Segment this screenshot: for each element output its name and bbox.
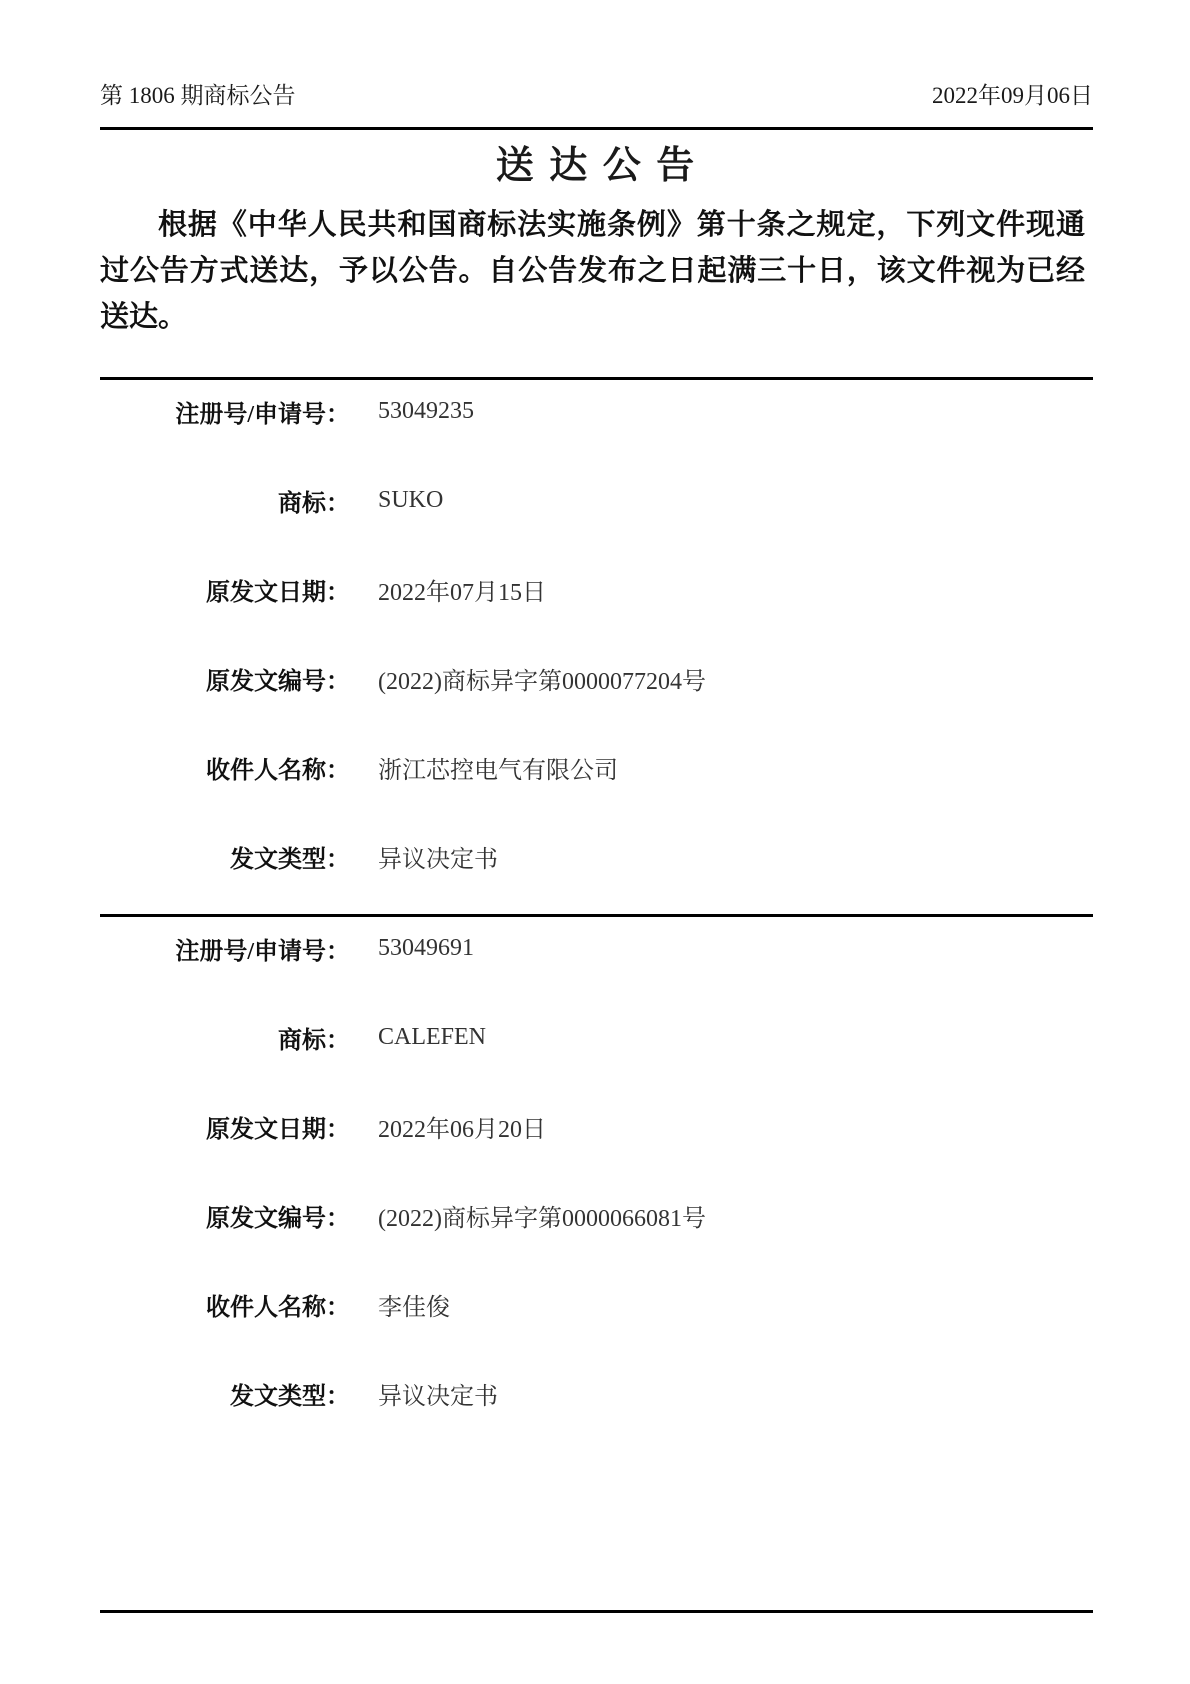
field-row-original-issue-date: 原发文日期： 2022年07月15日	[100, 545, 1093, 634]
field-row-recipient-name: 收件人名称： 浙江芯控电气有限公司	[100, 723, 1093, 812]
bottom-rule	[100, 1610, 1093, 1613]
field-value: 李佳俊	[350, 1287, 450, 1322]
field-label: 注册号/申请号：	[100, 931, 350, 966]
field-row-original-document-number: 原发文编号： (2022)商标异字第0000066081号	[100, 1171, 1093, 1260]
field-value: 53049235	[350, 398, 474, 425]
field-label: 原发文编号：	[100, 661, 350, 696]
field-row-original-issue-date: 原发文日期： 2022年06月20日	[100, 1082, 1093, 1171]
field-value: 2022年07月15日	[350, 572, 546, 607]
field-label: 发文类型：	[100, 1376, 350, 1411]
field-value: (2022)商标异字第0000077204号	[350, 661, 706, 696]
field-row-document-type: 发文类型： 异议决定书	[100, 1349, 1093, 1438]
field-label: 收件人名称：	[100, 1287, 350, 1322]
record-2: 注册号/申请号： 53049691 商标： CALEFEN 原发文日期： 202…	[100, 904, 1093, 1438]
field-label: 商标：	[100, 483, 350, 518]
field-label: 收件人名称：	[100, 750, 350, 785]
gazette-page: 第 1806 期商标公告 2022年09月06日 送 达 公 告 根据《中华人民…	[0, 0, 1190, 1684]
field-label: 发文类型：	[100, 839, 350, 874]
intro-paragraph: 根据《中华人民共和国商标法实施条例》第十条之规定，下列文件现通过公告方式送达，予…	[100, 202, 1085, 340]
field-row-trademark: 商标： CALEFEN	[100, 993, 1093, 1082]
field-label: 原发文编号：	[100, 1198, 350, 1233]
field-value: SUKO	[350, 487, 443, 514]
field-value: 浙江芯控电气有限公司	[350, 750, 618, 785]
field-label: 原发文日期：	[100, 572, 350, 607]
field-value: 异议决定书	[350, 839, 498, 874]
gazette-issue-label: 第 1806 期商标公告	[100, 82, 296, 109]
field-label: 注册号/申请号：	[100, 394, 350, 429]
page-header: 第 1806 期商标公告 2022年09月06日	[100, 0, 1093, 109]
field-row-original-document-number: 原发文编号： (2022)商标异字第0000077204号	[100, 634, 1093, 723]
doc-title: 送 达 公 告	[100, 144, 1093, 188]
field-row-document-type: 发文类型： 异议决定书	[100, 812, 1093, 901]
field-value: 53049691	[350, 935, 474, 962]
gazette-date: 2022年09月06日	[932, 82, 1093, 109]
field-row-registration-number: 注册号/申请号： 53049235	[100, 367, 1093, 456]
field-row-recipient-name: 收件人名称： 李佳俊	[100, 1260, 1093, 1349]
header-rule	[100, 127, 1093, 130]
field-row-registration-number: 注册号/申请号： 53049691	[100, 904, 1093, 993]
field-value: CALEFEN	[350, 1024, 486, 1051]
field-label: 商标：	[100, 1020, 350, 1055]
field-label: 原发文日期：	[100, 1109, 350, 1144]
field-value: 2022年06月20日	[350, 1109, 546, 1144]
field-row-trademark: 商标： SUKO	[100, 456, 1093, 545]
record-1: 注册号/申请号： 53049235 商标： SUKO 原发文日期： 2022年0…	[100, 367, 1093, 901]
field-value: 异议决定书	[350, 1376, 498, 1411]
field-value: (2022)商标异字第0000066081号	[350, 1198, 706, 1233]
